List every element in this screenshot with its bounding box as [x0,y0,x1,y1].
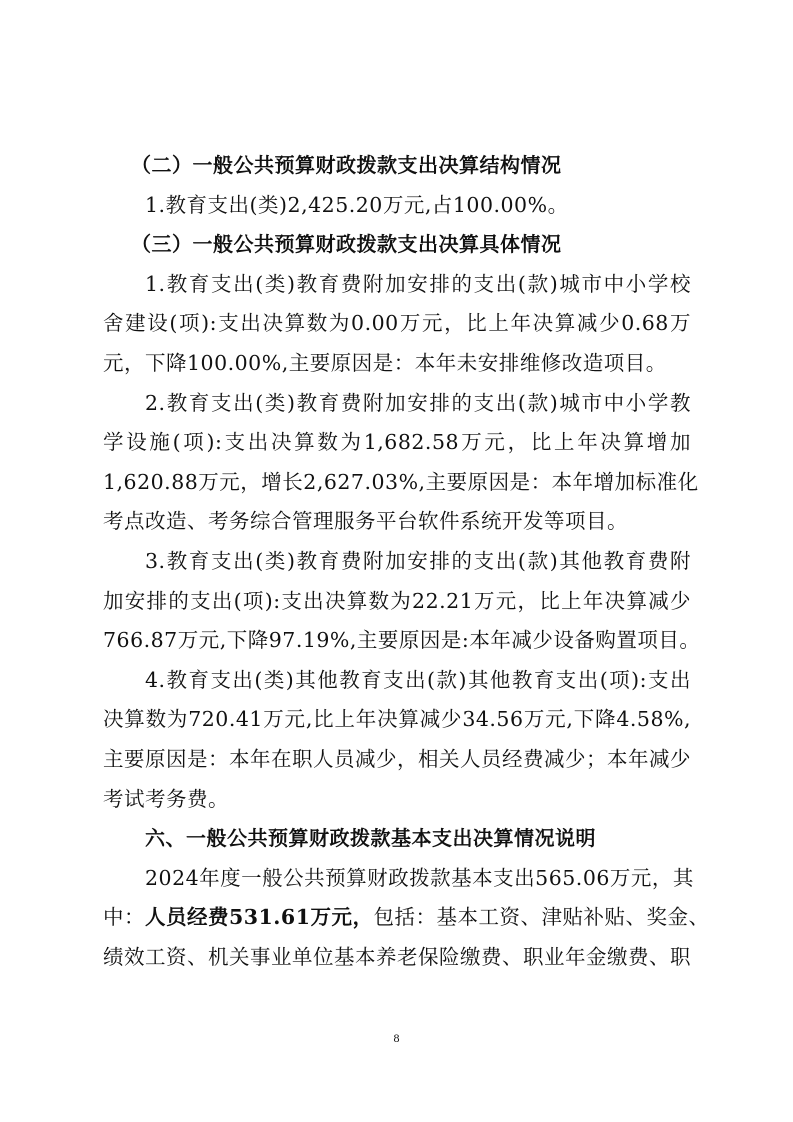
paragraph-detail-item-4: 4.教育支出(类)其他教育支出(款)其他教育支出(项):支出 决算数为720.4… [103,661,691,819]
bold-personnel-expense: 人员经费531.61万元， [145,905,373,929]
paragraph-line: 考试考务费。 [103,780,691,820]
paragraph-line: 绩效工资、机关事业单位基本养老保险缴费、职业年金缴费、职 [103,938,691,978]
page-number: 8 [0,1031,793,1046]
paragraph-line: 主要原因是：本年在职人员减少，相关人员经费减少；本年减少 [103,740,691,780]
paragraph-basic-expenditure: 2024年度一般公共预算财政拨款基本支出565.06万元，其 中：人员经费531… [103,859,691,978]
section-heading-basic-expenditure: 六、一般公共预算财政拨款基本支出决算情况说明 [103,819,691,859]
paragraph-line: 2024年度一般公共预算财政拨款基本支出565.06万元，其 [103,859,691,899]
paragraph-detail-item-1: 1.教育支出(类)教育费附加安排的支出(款)城市中小学校 舍建设(项):支出决算… [103,265,691,384]
paragraph-line: 1.教育支出(类)教育费附加安排的支出(款)城市中小学校 [103,265,691,305]
paragraph-line: 考点改造、考务综合管理服务平台软件系统开发等项目。 [103,502,691,542]
paragraph-line: 加安排的支出(项):支出决算数为22.21万元，比上年决算减少 [103,582,691,622]
section-heading-structure: （二）一般公共预算财政拨款支出决算结构情况 [103,146,691,186]
paragraph-line: 4.教育支出(类)其他教育支出(款)其他教育支出(项):支出 [103,661,691,701]
paragraph-line: 决算数为720.41万元,比上年决算减少34.56万元,下降4.58%, [103,700,691,740]
paragraph-line: 3.教育支出(类)教育费附加安排的支出(款)其他教育费附 [103,542,691,582]
text: 中： [103,905,145,929]
paragraph-detail-item-3: 3.教育支出(类)教育费附加安排的支出(款)其他教育费附 加安排的支出(项):支… [103,542,691,661]
paragraph-line: 舍建设(项):支出决算数为0.00万元，比上年决算减少0.68万 [103,304,691,344]
document-page: （二）一般公共预算财政拨款支出决算结构情况 1.教育支出(类)2,425.20万… [103,146,691,977]
paragraph-line: 2.教育支出(类)教育费附加安排的支出(款)城市中小学教 [103,384,691,424]
paragraph-line: 1,620.88万元，增长2,627.03%,主要原因是：本年增加标准化 [103,463,691,503]
paragraph-line: 766.87万元,下降97.19%,主要原因是:本年减少设备购置项目。 [103,621,691,661]
paragraph-detail-item-2: 2.教育支出(类)教育费附加安排的支出(款)城市中小学教 学设施(项):支出决算… [103,384,691,542]
text: 包括：基本工资、津贴补贴、奖金、 [373,905,709,929]
section-heading-details: （三）一般公共预算财政拨款支出决算具体情况 [103,225,691,265]
paragraph-line: 学设施(项):支出决算数为1,682.58万元，比上年决算增加 [103,423,691,463]
paragraph-line: 元，下降100.00%,主要原因是：本年未安排维修改造项目。 [103,344,691,384]
paragraph-structure-item-1: 1.教育支出(类)2,425.20万元,占100.00%。 [103,186,691,226]
paragraph-line-with-bold: 中：人员经费531.61万元，包括：基本工资、津贴补贴、奖金、 [103,898,691,938]
